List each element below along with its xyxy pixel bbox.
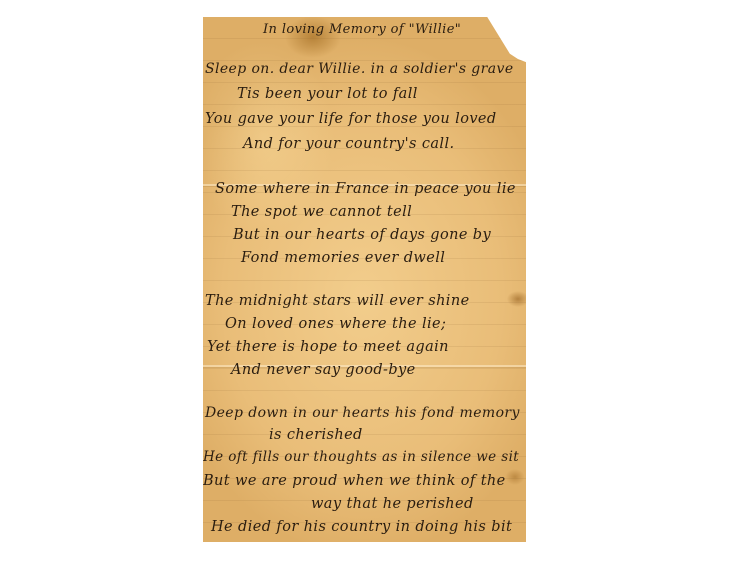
poem-line: And for your country's call. <box>243 137 455 152</box>
poem-line: But in our hearts of days gone by <box>233 228 491 243</box>
poem-line: Deep down in our hearts his fond memory <box>205 406 520 420</box>
poem-line: way that he perished <box>311 497 474 512</box>
poem-line: is cherished <box>269 428 363 443</box>
poem-line: You gave your life for those you loved <box>205 112 497 127</box>
poem-line: On loved ones where the lie; <box>225 317 446 332</box>
poem-line: The spot we cannot tell <box>231 205 412 220</box>
poem-line: The midnight stars will ever shine <box>205 294 470 309</box>
poem-line: Tis been your lot to fall <box>237 87 418 102</box>
handwritten-letter-page: In loving Memory of "Willie" Sleep on. d… <box>203 17 526 542</box>
poem-line: He oft fills our thoughts as in silence … <box>203 451 519 465</box>
poem-title: In loving Memory of "Willie" <box>263 23 461 36</box>
poem-line: Sleep on. dear Willie. in a soldier's gr… <box>205 62 514 76</box>
poem-line: And never say good-bye <box>231 363 416 378</box>
poem-line: He died for his country in doing his bit <box>211 520 512 535</box>
poem-line: Yet there is hope to meet again <box>207 340 449 355</box>
poem-line: Some where in France in peace you lie <box>215 182 516 197</box>
poem-line: Fond memories ever dwell <box>241 251 445 266</box>
poem-line: But we are proud when we think of the <box>203 474 506 489</box>
